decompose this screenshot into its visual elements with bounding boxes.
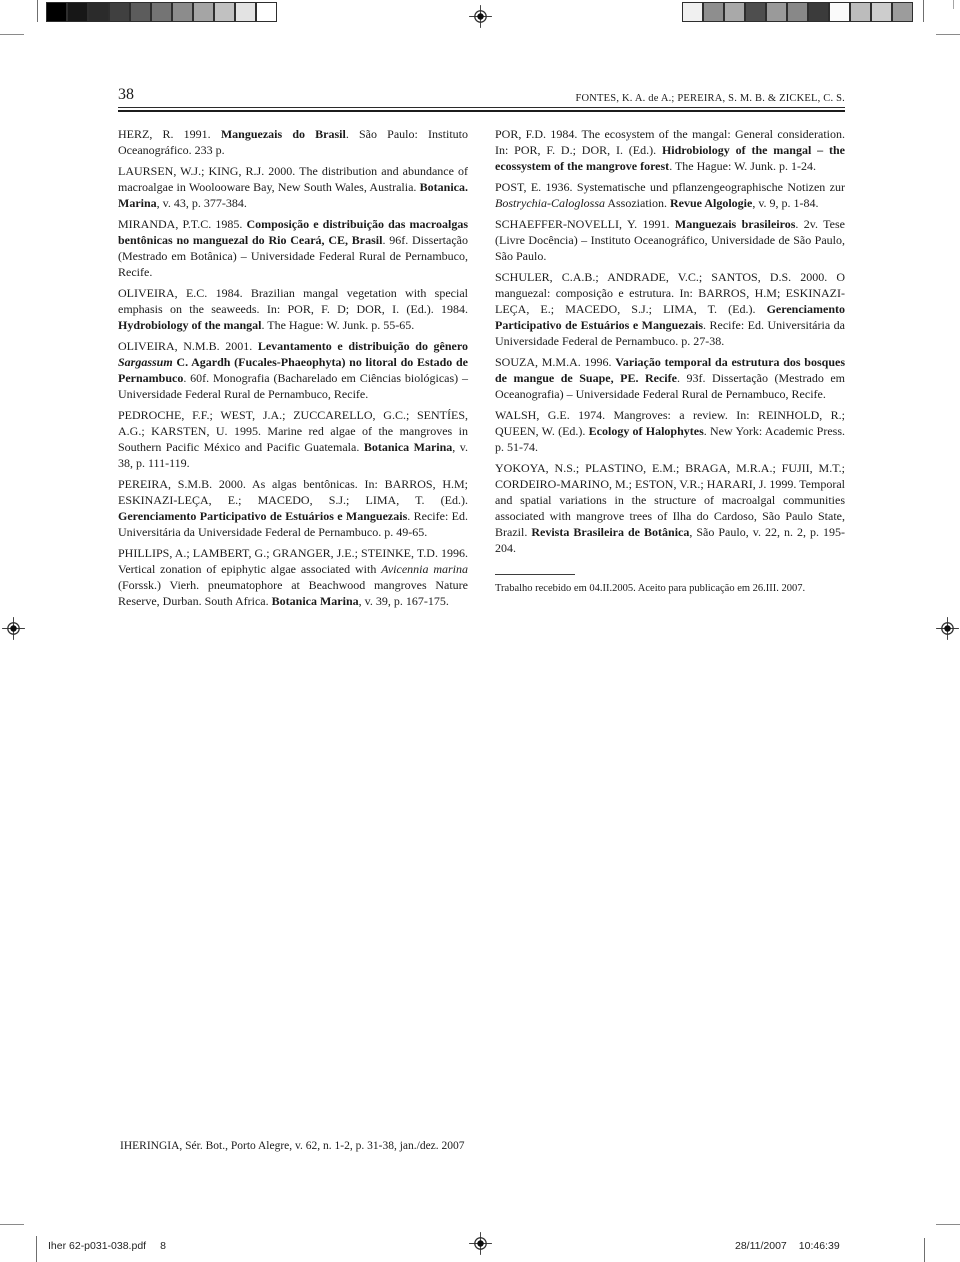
reference-text-run: PEREIRA, S.M.B. 2000. As algas bentônica… [118,477,468,507]
reference-entry: PHILLIPS, A.; LAMBERT, G.; GRANGER, J.E.… [118,545,468,609]
calibration-patch [724,2,745,22]
reference-text-run: SCHAEFFER-NOVELLI, Y. 1991. [495,217,675,231]
calibration-patch [235,2,256,22]
calibration-patch [214,2,235,22]
crop-mark [923,0,924,22]
reference-text-run: LAURSEN, W.J.; KING, R.J. 2000. The dist… [118,164,468,194]
calibration-patch [193,2,214,22]
page-content: 38 FONTES, K. A. de A.; PEREIRA, S. M. B… [118,86,845,614]
reference-text-run: , v. 43, p. 377-384. [157,196,247,210]
reference-entry: SCHAEFFER-NOVELLI, Y. 1991. Manguezais b… [495,216,845,264]
crop-mark [924,1238,925,1262]
running-head-authors: FONTES, K. A. de A.; PEREIRA, S. M. B. &… [575,93,845,104]
scanned-journal-page: 38 FONTES, K. A. de A.; PEREIRA, S. M. B… [0,0,960,1262]
calibration-patch [871,2,892,22]
reference-entry: OLIVEIRA, N.M.B. 2001. Levantamento e di… [118,338,468,402]
reference-text-run: , v. 9, p. 1-84. [752,196,818,210]
reference-text-run: Ecology of Halophytes [589,424,704,438]
reference-entry: SCHULER, C.A.B.; ANDRADE, V.C.; SANTOS, … [495,269,845,349]
reference-text-run: . The Hague: W. Junk. p. 55-65. [261,318,414,332]
reference-text-run: Gerenciamento Participativo de Estuários… [118,509,407,523]
references-column-right: POR, F.D. 1984. The ecosystem of the man… [495,126,845,614]
print-timestamp: 28/11/200710:46:39 [735,1240,840,1252]
calibration-patch [787,2,808,22]
calibration-patch [892,2,913,22]
reference-entry: WALSH, G.E. 1974. Mangroves: a review. I… [495,407,845,455]
pdf-file-name: Iher 62-p031-038.pdf [48,1240,146,1252]
print-file-info: Iher 62-p031-038.pdf8 [48,1240,166,1252]
references-column-left: HERZ, R. 1991. Manguezais do Brasil. São… [118,126,468,614]
calibration-patch [745,2,766,22]
registration-mark-icon [471,1234,490,1253]
reference-text-run: Sargassum [118,355,173,369]
reference-text-run: OLIVEIRA, E.C. 1984. Brazilian mangal ve… [118,286,468,316]
calibration-patch [829,2,850,22]
reference-text-run: Assoziation. [605,196,670,210]
calibration-patch [109,2,130,22]
page-number: 38 [118,86,134,104]
pdf-sheet-number: 8 [160,1240,166,1252]
calibration-patch [46,2,67,22]
reference-text-run: OLIVEIRA, N.M.B. 2001. [118,339,258,353]
reference-entry: MIRANDA, P.T.C. 1985. Composição e distr… [118,216,468,280]
reference-text-run: POST, E. 1936. Systematische und pflanze… [495,180,845,194]
registration-mark-icon [471,7,490,26]
journal-footer-citation: IHERINGIA, Sér. Bot., Porto Alegre, v. 6… [120,1140,465,1152]
calibration-patch [256,2,277,22]
reference-text-run: . The Hague: W. Junk. p. 1-24. [669,159,816,173]
calibration-patch [850,2,871,22]
received-note-block: Trabalho recebido em 04.II.2005. Aceito … [495,574,845,595]
calibration-patch [766,2,787,22]
reference-entry: OLIVEIRA, E.C. 1984. Brazilian mangal ve… [118,285,468,333]
calibration-patch [172,2,193,22]
registration-mark-icon [4,619,23,638]
calibration-patch [88,2,109,22]
reference-text-run: HERZ, R. 1991. [118,127,221,141]
reference-entry: PEDROCHE, F.F.; WEST, J.A.; ZUCCARELLO, … [118,407,468,471]
reference-entry: HERZ, R. 1991. Manguezais do Brasil. São… [118,126,468,158]
crop-mark [953,0,954,9]
reference-entry: POR, F.D. 1984. The ecosystem of the man… [495,126,845,174]
received-note-rule [495,574,575,575]
received-note: Trabalho recebido em 04.II.2005. Aceito … [495,582,845,595]
grayscale-calibration-strip [46,2,277,22]
crop-mark [36,1236,37,1262]
reference-entry: POST, E. 1936. Systematische und pflanze… [495,179,845,211]
calibration-patch [130,2,151,22]
running-head: 38 FONTES, K. A. de A.; PEREIRA, S. M. B… [118,86,845,107]
header-rule-thick [118,110,845,112]
reference-text-run: Botanica Marina [364,440,452,454]
reference-text-run: MIRANDA, P.T.C. 1985. [118,217,246,231]
reference-entry: SOUZA, M.M.A. 1996. Variação temporal da… [495,354,845,402]
reference-text-run: Hydrobiology of the mangal [118,318,261,332]
reference-text-run: Botanica Marina [272,594,359,608]
crop-mark [936,1224,960,1225]
calibration-patch [808,2,829,22]
reference-text-run: Manguezais brasilei­ros [675,217,796,231]
reference-text-run: Manguezais do Brasil [221,127,346,141]
color-calibration-strip [682,2,913,22]
reference-text-run: Bostrychia-Caloglossa [495,196,605,210]
calibration-patch [703,2,724,22]
crop-mark [0,1224,24,1225]
reference-entry: LAURSEN, W.J.; KING, R.J. 2000. The dist… [118,163,468,211]
reference-text-run: Levantamento e distribuição do gênero [258,339,468,353]
reference-text-run: SOUZA, M.M.A. 1996. [495,355,615,369]
calibration-patch [67,2,88,22]
reference-text-run: Revue Algologie [670,196,752,210]
print-date: 28/11/2007 [735,1240,787,1252]
crop-mark [37,0,38,22]
reference-text-run: , v. 39, p. 167-175. [359,594,449,608]
calibration-patch [151,2,172,22]
reference-text-run: Avicennia marina [381,562,468,576]
reference-entry: YOKOYA, N.S.; PLASTINO, E.M.; BRAGA, M.R… [495,460,845,556]
print-time: 10:46:39 [799,1240,840,1252]
reference-text-run: Revista Brasileira de Botânica [531,525,689,539]
crop-mark [0,34,24,35]
calibration-patch [682,2,703,22]
header-rule-thin [118,107,845,108]
reference-entry: PEREIRA, S.M.B. 2000. As algas bentônica… [118,476,468,540]
crop-mark [936,34,960,35]
registration-mark-icon [938,619,957,638]
